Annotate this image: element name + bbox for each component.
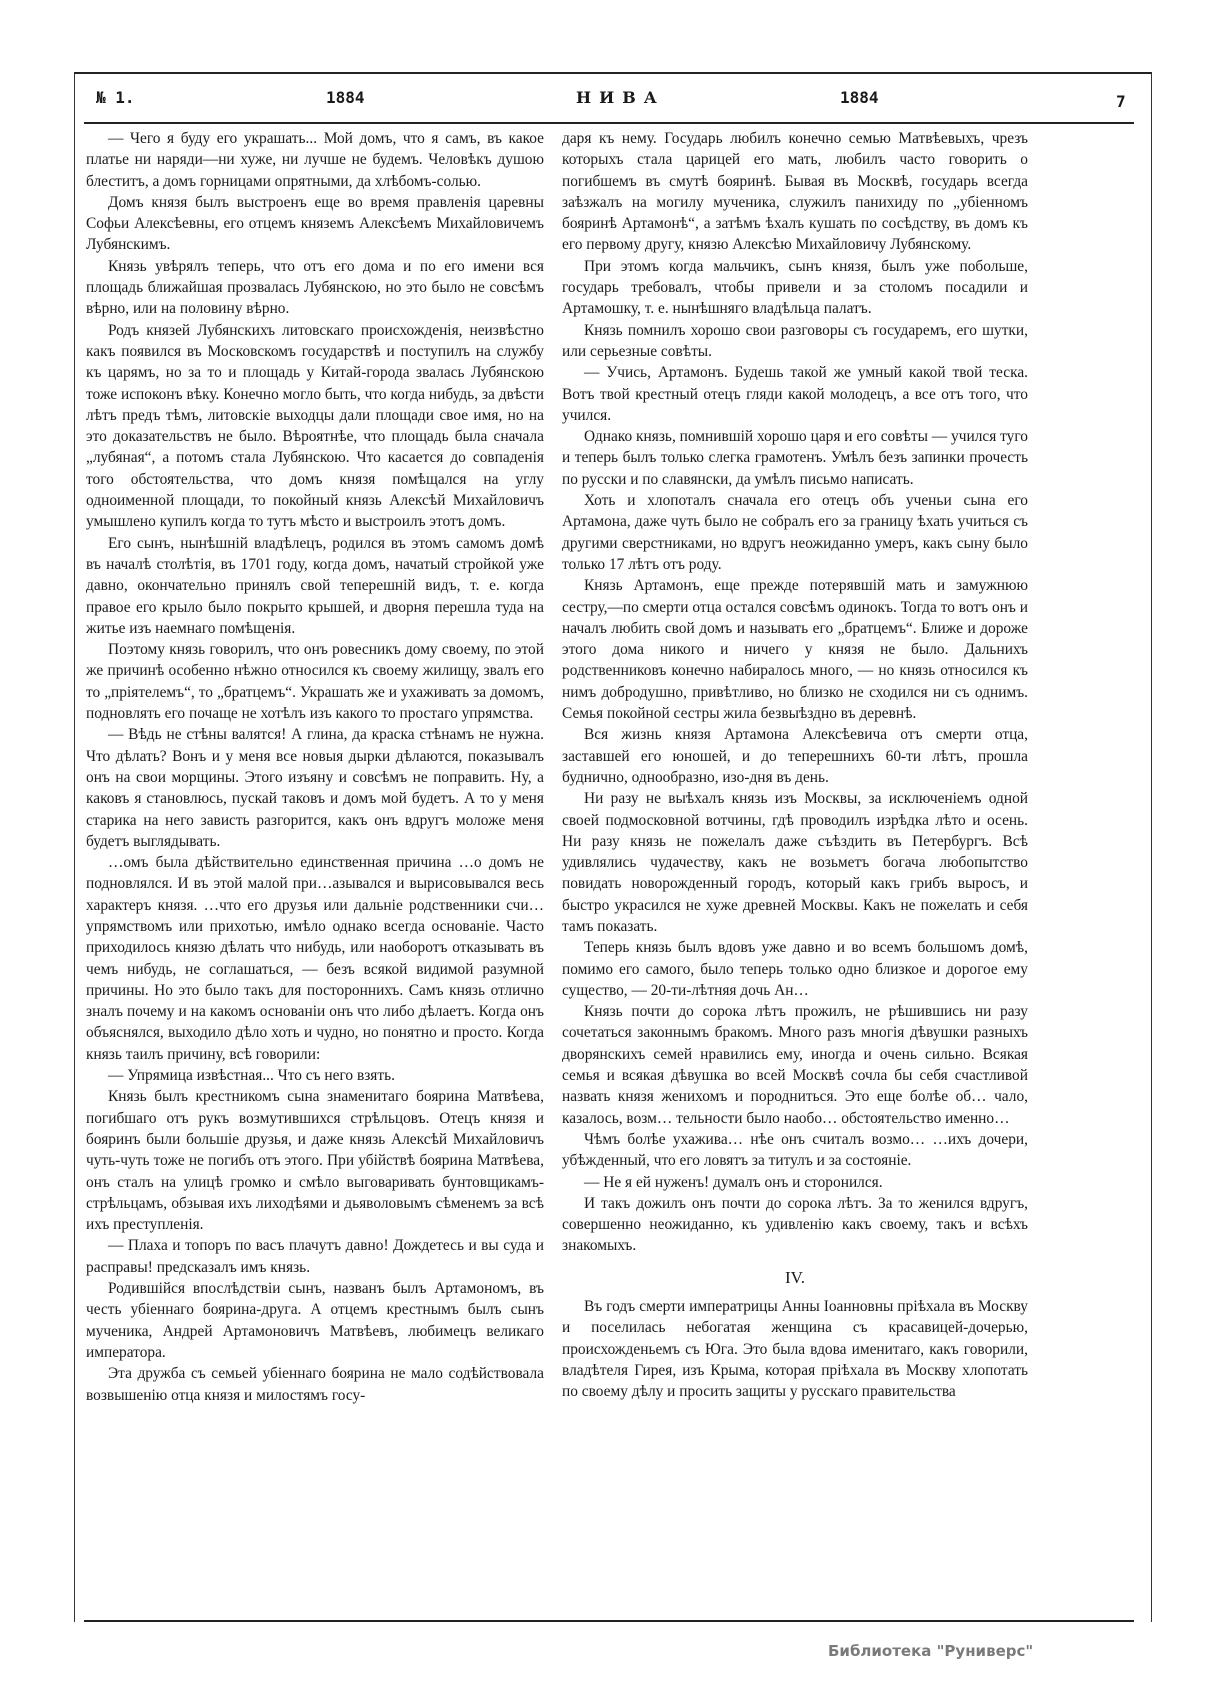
- paragraph: …омъ была дѣйствительно единственная при…: [86, 852, 544, 1065]
- paragraph: Вся жизнь князя Артамона Алексѣевича отъ…: [562, 724, 1028, 788]
- paragraph: — Чего я буду его украшать... Мой домъ, …: [86, 128, 544, 192]
- paragraph: И такъ дожилъ онъ почти до сорока лѣтъ. …: [562, 1193, 1028, 1257]
- header-year-left: 1884: [326, 88, 365, 107]
- paragraph: Его сынъ, нынѣшній владѣлецъ, родился въ…: [86, 533, 544, 639]
- paragraph: Князь увѣрялъ теперь, что отъ его дома и…: [86, 256, 544, 320]
- paragraph: Князь Артамонъ, еще прежде потерявшій ма…: [562, 575, 1028, 724]
- header-divider: [84, 122, 1134, 124]
- paragraph: Эта дружба съ семьей убіеннаго боярина н…: [86, 1363, 544, 1406]
- paragraph: даря къ нему. Государь любилъ конечно се…: [562, 128, 1028, 256]
- paragraph: Въ годъ смерти императрицы Анны Іоанновн…: [562, 1296, 1028, 1402]
- issue-number: № 1.: [96, 88, 135, 107]
- footer-divider: [84, 1620, 1134, 1622]
- paragraph: — Упрямица извѣстная... Что съ него взят…: [86, 1065, 544, 1086]
- paragraph: Родъ князей Лубянскихъ литовскаго происх…: [86, 320, 544, 533]
- page-number: 7: [1116, 92, 1126, 111]
- paragraph: Князь почти до сорока лѣтъ прожилъ, не р…: [562, 1001, 1028, 1129]
- page-header: № 1. 1884 НИВА 1884 7: [88, 84, 1138, 114]
- paragraph: Князь помнилъ хорошо свои разговоры съ г…: [562, 320, 1028, 363]
- journal-title: НИВА: [576, 88, 665, 107]
- paragraph: Теперь князь былъ вдовъ уже давно и во в…: [562, 937, 1028, 1001]
- section-heading: IV.: [562, 1267, 1028, 1288]
- paragraph: Князь былъ крестникомъ сына знаменитаго …: [86, 1086, 544, 1235]
- paragraph: Хоть и хлопоталъ сначала его отецъ объ у…: [562, 490, 1028, 575]
- paragraph: — Не я ей нуженъ! думалъ онъ и сторонилс…: [562, 1172, 1028, 1193]
- paragraph: — Плаха и топоръ по васъ плачутъ давно! …: [86, 1235, 544, 1278]
- header-year-right: 1884: [840, 88, 879, 107]
- right-column: даря къ нему. Государь любилъ конечно се…: [562, 128, 1028, 1403]
- paragraph: Домъ князя былъ выстроенъ еще во время п…: [86, 192, 544, 256]
- paragraph: Родившійся впослѣдствіи сынъ, названъ бы…: [86, 1278, 544, 1363]
- paragraph: При этомъ когда мальчикъ, сынъ князя, бы…: [562, 256, 1028, 320]
- left-column: — Чего я буду его украшать... Мой домъ, …: [86, 128, 544, 1406]
- paragraph: — Учись, Артамонъ. Будешь такой же умный…: [562, 362, 1028, 426]
- paragraph: Чѣмъ болѣе ухажива… нѣе онъ считалъ возм…: [562, 1129, 1028, 1172]
- paragraph: Однако князь, помнившій хорошо царя и ег…: [562, 426, 1028, 490]
- paragraph: Ни разу не выѣхалъ князь изъ Москвы, за …: [562, 788, 1028, 937]
- paragraph: — Вѣдь не стѣны валятся! А глина, да кра…: [86, 724, 544, 852]
- paragraph: Поэтому князь говорилъ, что онъ ровесник…: [86, 639, 544, 724]
- library-watermark: Библиотека "Руниверс": [828, 1642, 1033, 1660]
